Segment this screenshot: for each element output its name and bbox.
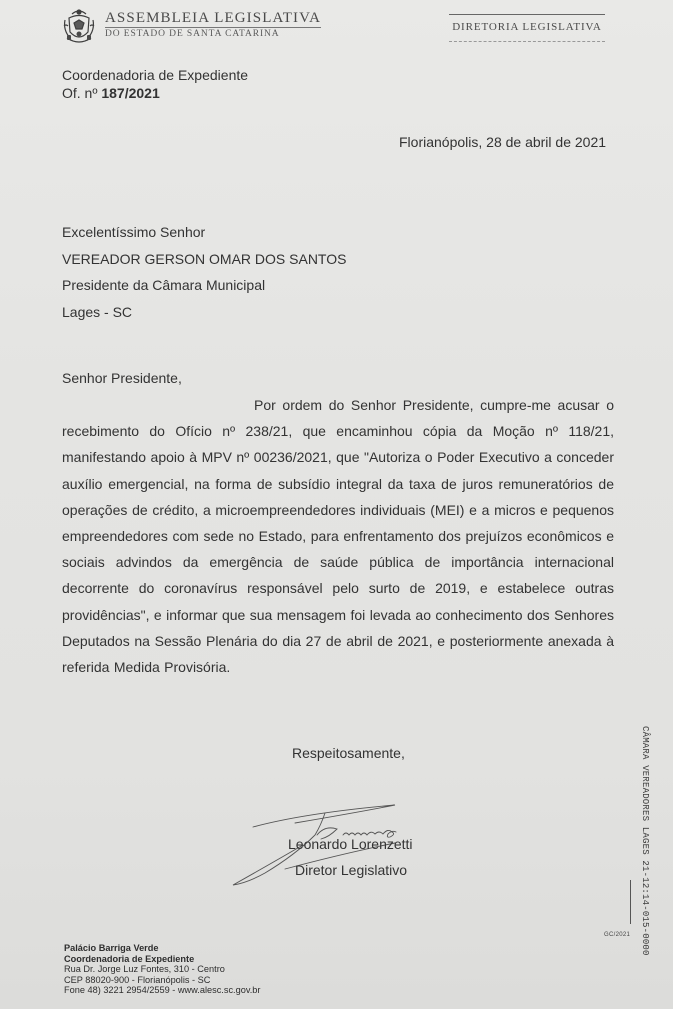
protocol-stamp: CÂMARA VEREADORES LAGES 21-12:14-015-000… <box>638 726 652 926</box>
date-line: Florianópolis, 28 de abril de 2021 <box>399 134 606 150</box>
letter-body: Por ordem do Senhor Presidente, cumpre-m… <box>62 392 614 680</box>
footer-address: Palácio Barriga Verde Coordenadoria de E… <box>64 943 260 996</box>
letter-page: Assembleia Legislativa do Estado de Sant… <box>0 0 673 1009</box>
assembly-name: Assembleia Legislativa <box>105 11 321 28</box>
signer-title: Diretor Legislativo <box>295 862 407 878</box>
closing: Respeitosamente, <box>292 745 405 761</box>
addressee-name: VEREADOR GERSON OMAR DOS SANTOS <box>62 246 346 273</box>
footer-contact: Fone 48) 3221 2954/2559 - www.alesc.sc.g… <box>64 985 260 996</box>
office-reference: Coordenadoria de Expediente Of. nº 187/2… <box>62 66 248 102</box>
footer-building: Palácio Barriga Verde <box>64 943 260 954</box>
assembly-state: do Estado de Santa Catarina <box>105 29 321 40</box>
body-paragraph: Por ordem do Senhor Presidente, cumpre-m… <box>62 392 614 680</box>
office-prefix: Of. nº <box>62 85 101 101</box>
coat-of-arms-icon <box>62 8 96 46</box>
department-label: Coordenadoria de Expediente <box>62 66 248 84</box>
protocol-stamp-text: CÂMARA VEREADORES LAGES 21-12:14-015-000… <box>640 726 650 956</box>
office-number: 187/2021 <box>101 85 159 101</box>
footer-department: Coordenadoria de Expediente <box>64 954 260 965</box>
signer-name: Leonardo Lorenzetti <box>288 836 413 852</box>
addressee-location: Lages - SC <box>62 299 346 326</box>
footer-street: Rua Dr. Jorge Luz Fontes, 310 - Centro <box>64 964 260 975</box>
addressee-position: Presidente da Câmara Municipal <box>62 272 346 299</box>
addressee-block: Excelentíssimo Senhor VEREADOR GERSON OM… <box>62 219 346 325</box>
letterhead-title: Assembleia Legislativa do Estado de Sant… <box>105 11 321 40</box>
footer-postal: CEP 88020-900 - Florianópolis - SC <box>64 975 260 986</box>
directorate-label: Diretoria Legislativa <box>449 14 605 42</box>
salutation: Senhor Presidente, <box>62 370 182 386</box>
addressee-honorific: Excelentíssimo Senhor <box>62 219 346 246</box>
form-code: GC/2021 <box>604 932 630 938</box>
office-number-line: Of. nº 187/2021 <box>62 84 248 102</box>
stamp-rule <box>630 880 631 924</box>
